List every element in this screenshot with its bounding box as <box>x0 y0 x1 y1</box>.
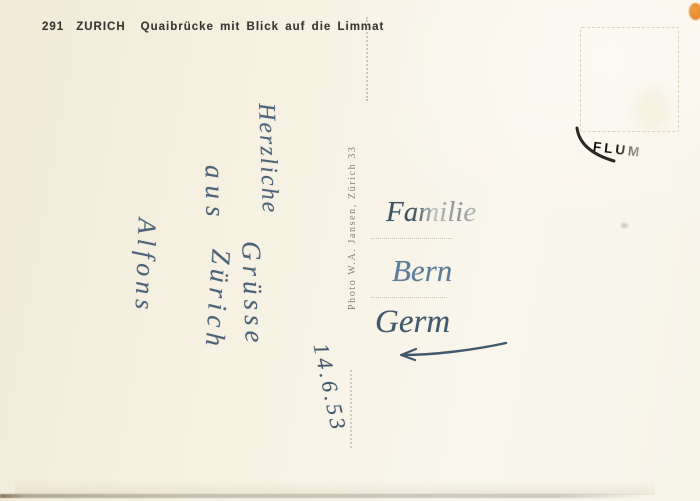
orange-corner-mark <box>689 3 700 20</box>
paper-stain <box>635 88 669 132</box>
divider-dotted-top <box>366 17 368 101</box>
address-line-bern: Bern <box>392 253 452 289</box>
view-title: Quaibrücke mit Blick auf die Limmat <box>141 21 385 33</box>
message-word-gruesse: Grüsse <box>235 240 270 348</box>
signature-alfons: Alfons <box>128 218 161 315</box>
address-ruling-line-1 <box>371 238 453 239</box>
postcard-back-scan: 291 ZURICH Quaibrücke mit Blick auf die … <box>0 0 700 501</box>
underline-flourish-arrow-icon <box>372 338 510 364</box>
message-word-aus: aus <box>198 165 230 224</box>
message-word-herzliche: Herzliche <box>252 103 283 215</box>
printed-caption: 291 ZURICH Quaibrücke mit Blick auf die … <box>42 21 384 33</box>
divider-dotted-bottom <box>350 370 352 448</box>
paper-speck <box>621 223 628 228</box>
address-ruling-line-2 <box>371 297 447 298</box>
photographer-credit: Photo W.A. Jansen, Zürich 33 <box>347 132 358 310</box>
card-bottom-edge <box>0 494 648 498</box>
handwritten-date: 14.6.53 <box>308 341 352 435</box>
city-name: ZURICH <box>76 21 125 33</box>
message-word-zuerich: Zürich <box>198 248 236 352</box>
address-line-familie: Familie <box>386 196 476 229</box>
bottom-shade <box>15 480 655 495</box>
address-line-germ: Germ <box>375 304 450 341</box>
card-number: 291 <box>42 21 64 33</box>
